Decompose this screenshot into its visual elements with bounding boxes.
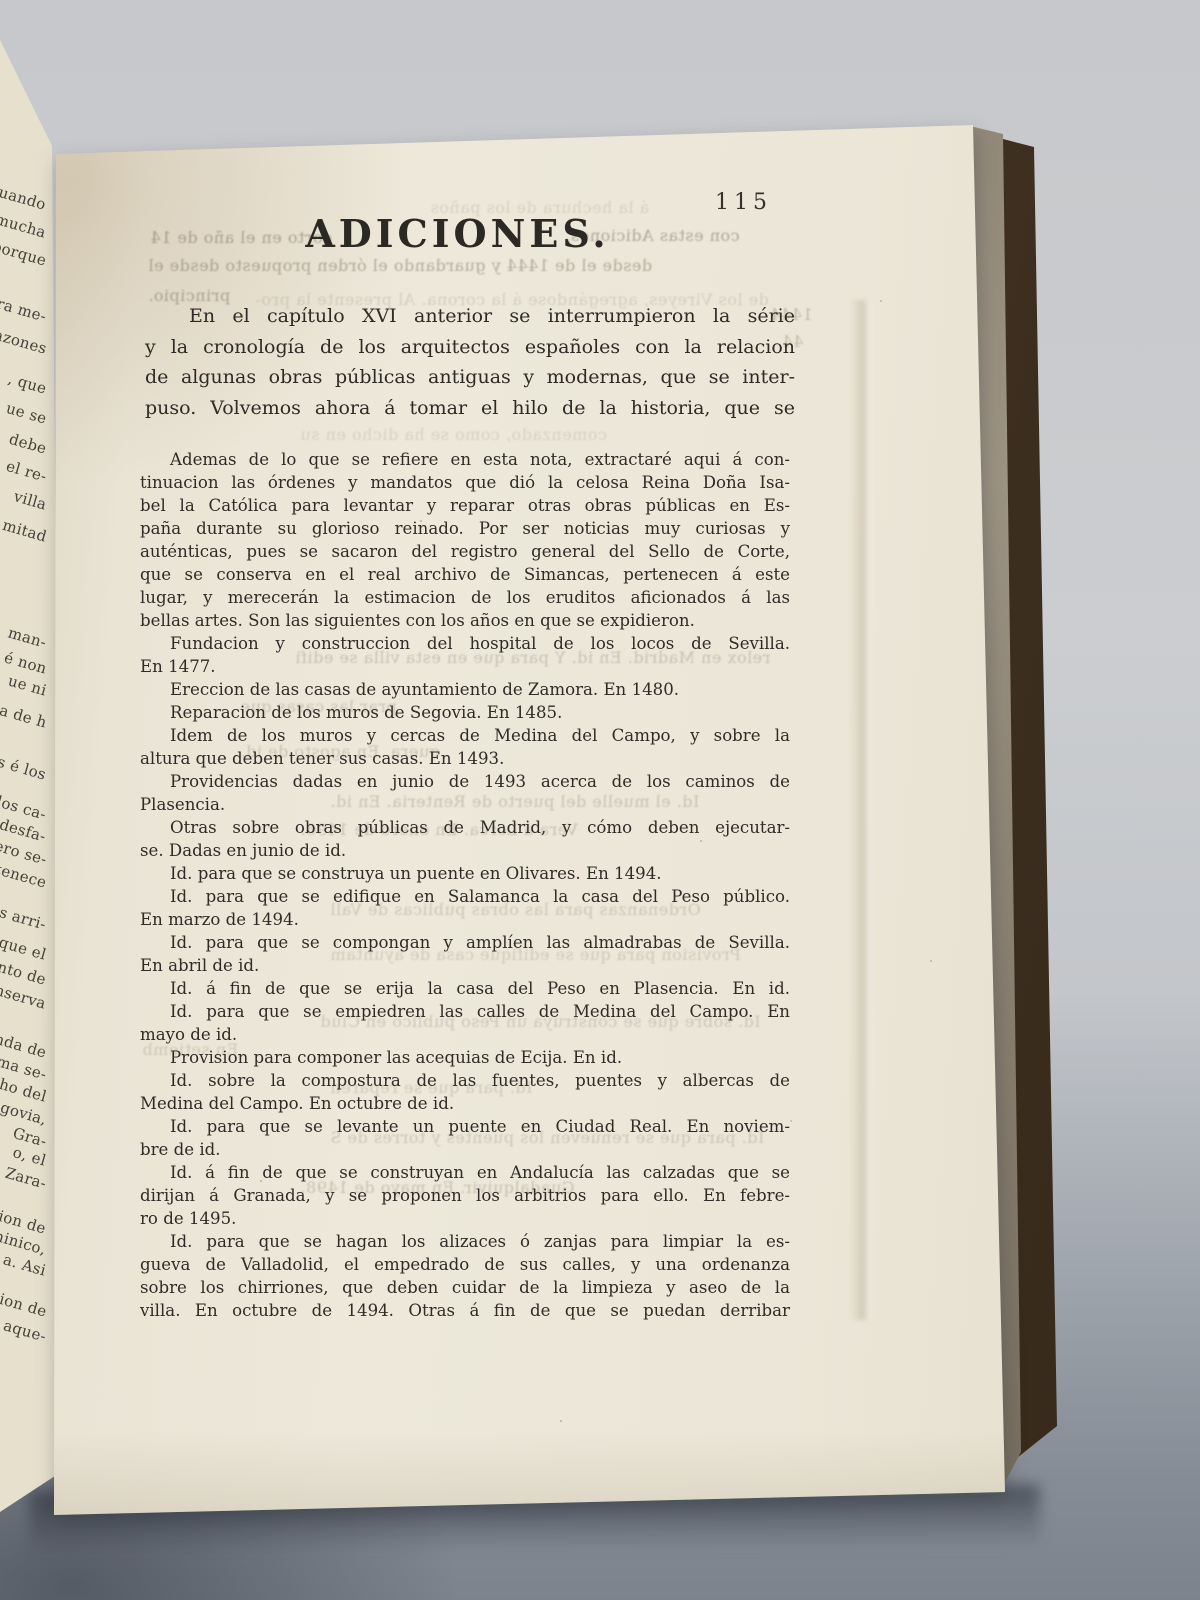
text-line: altura que deben tener sus casas. En 149… (140, 747, 790, 770)
text-line: Id. á fin de que se erija la casa del Pe… (140, 977, 790, 1000)
text-line: Ademas de lo que se refiere en esta nota… (140, 448, 790, 471)
text-line: bre de id. (140, 1138, 790, 1161)
text-line: Id. para que se edifique en Salamanca la… (140, 885, 790, 908)
text-line: dirijan á Granada, y se proponen los arb… (140, 1184, 790, 1207)
text-line: Ereccion de las casas de ayuntamiento de… (140, 678, 790, 701)
text-line: Idem de los muros y cercas de Medina del… (140, 724, 790, 747)
text-line: Id. para que se empiedren las calles de … (140, 1000, 790, 1023)
text-line: mayo de id. (140, 1023, 790, 1046)
text-line: bellas artes. Son las siguientes con los… (140, 609, 790, 632)
text-line: Provision para componer las acequias de … (140, 1046, 790, 1069)
text-line: se. Dadas en junio de id. (140, 839, 790, 862)
text-line: Providencias dadas en junio de 1493 acer… (140, 770, 790, 793)
text-line: ro de 1495. (140, 1207, 790, 1230)
text-line: y la cronología de los arquitectos españ… (145, 332, 795, 363)
text-line: gueva de Valladolid, el empedrado de sus… (140, 1253, 790, 1276)
text-line: sobre los chirriones, que deben cuidar d… (140, 1276, 790, 1299)
text-line: lugar, y merecerán la estimacion de los … (140, 586, 790, 609)
text-line: Id. para que se hagan los alizaces ó zan… (140, 1230, 790, 1253)
text-line: Otras sobre obras públicas de Madrid, y … (140, 816, 790, 839)
note-paragraph: Ademas de lo que se refiere en esta nota… (140, 448, 790, 1322)
text-line: Medina del Campo. En octubre de id. (140, 1092, 790, 1115)
text-line: que se conserva en el real archivo de Si… (140, 563, 790, 586)
paper-specks (0, 0, 2, 2)
text-line: bel la Católica para levantar y reparar … (140, 494, 790, 517)
text-line: Id. sobre la compostura de las fuentes, … (140, 1069, 790, 1092)
text-line: Fundacion y construccion del hospital de… (140, 632, 790, 655)
text-line: auténticas, pues se sacaron del registro… (140, 540, 790, 563)
text-line: Plasencia. (140, 793, 790, 816)
section-heading: ADICIONES. (145, 211, 770, 256)
bleedthrough-line: desde el de 1444 y guardando el órden pr… (148, 256, 652, 275)
text-line: Id. para que se compongan y amplíen las … (140, 931, 790, 954)
text-line: Id. para que se levante un puente en Ciu… (140, 1115, 790, 1138)
text-line: paña durante su glorioso reinado. Por se… (140, 517, 790, 540)
text-line: puso. Volvemos ahora á tomar el hilo de … (145, 393, 795, 424)
text-line: En marzo de 1494. (140, 908, 790, 931)
text-line: tinuacion las órdenes y mandatos que dió… (140, 471, 790, 494)
text-line: villa. En octubre de 1494. Otras á fin d… (140, 1299, 790, 1322)
bleedthrough-line: comenzado, como se ha dicho en su (300, 425, 607, 444)
book-photo: os. Cuandoiba muchaas, porqueera me-razo… (0, 0, 1200, 1600)
text-line: Reparacion de los muros de Segovia. En 1… (140, 701, 790, 724)
intro-paragraph: En el capítulo XVI anterior se interrump… (145, 301, 795, 423)
page-wrap: á la hechura de los pañoscorto en el año… (0, 0, 1200, 1600)
text-line: Id. para que se construya un puente en O… (140, 862, 790, 885)
text-line: Id. á fin de que se construyan en Andalu… (140, 1161, 790, 1184)
text-line: de algunas obras públicas antiguas y mod… (145, 362, 795, 393)
text-line: En abril de id. (140, 954, 790, 977)
book-page: á la hechura de los pañoscorto en el año… (0, 0, 1200, 1600)
text-line: En el capítulo XVI anterior se interrump… (145, 301, 795, 332)
text-line: En 1477. (140, 655, 790, 678)
